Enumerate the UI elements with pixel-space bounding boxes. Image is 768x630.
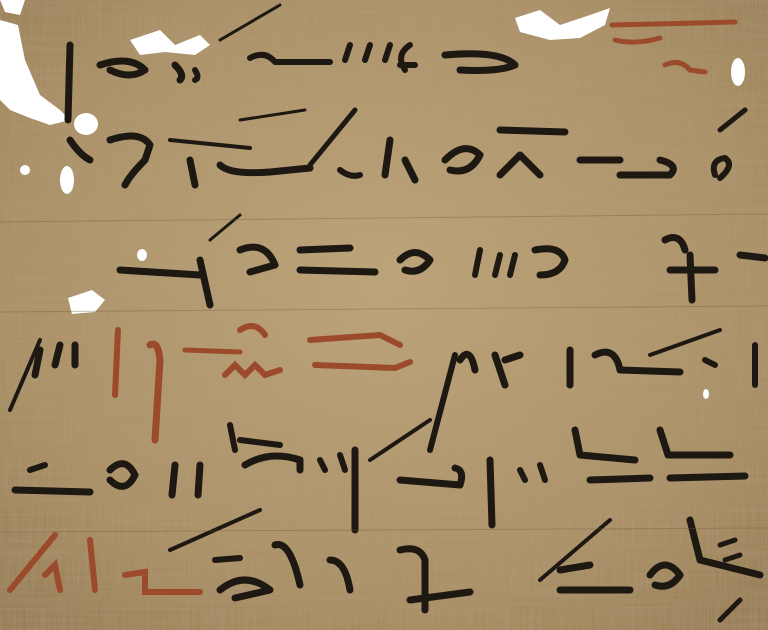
papyrus-surface — [0, 0, 768, 630]
papyrus-photo: Fragment of ancient Egyptian papyrus wit… — [0, 0, 768, 630]
